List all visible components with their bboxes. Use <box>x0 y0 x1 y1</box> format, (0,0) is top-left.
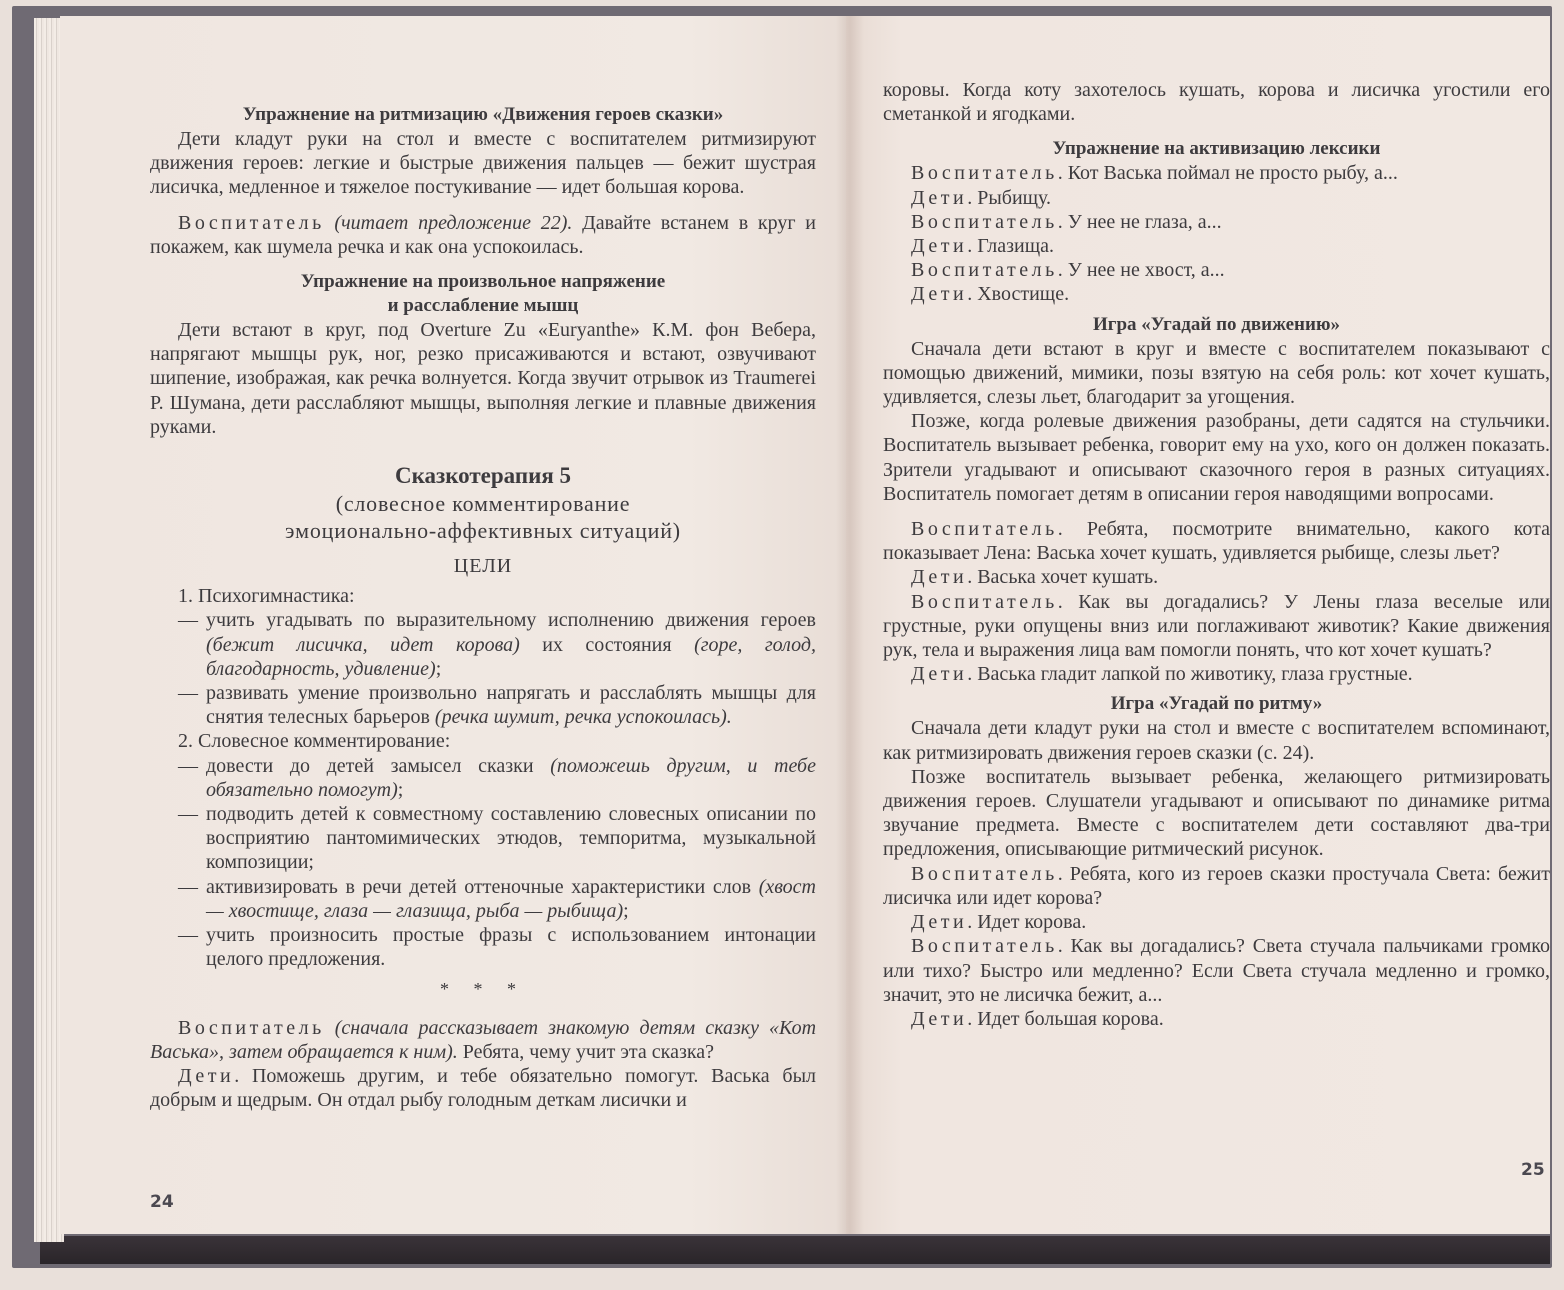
section-heading: Упражнение на произвольное напряжение <box>150 270 816 294</box>
dialogue-line: Дети. Васька гладит лапкой по животику, … <box>883 662 1550 686</box>
dialogue-line: Воспитатель. Ребята, кого из героев сказ… <box>883 862 1550 910</box>
dialogue-line: Воспитатель (читает предложение 22). Дав… <box>150 211 816 259</box>
goal-label: 1. Психогимнастика: <box>150 584 816 608</box>
stage-remark: (читает предложение 22). <box>334 212 572 234</box>
goal-item: —подводить детей к совместному составлен… <box>150 802 816 875</box>
chapter-subtitle: (словесное комментирование <box>150 490 816 517</box>
section-separator: * * * <box>150 977 816 1001</box>
paragraph: Позже, когда ролевые движения разобраны,… <box>883 409 1550 506</box>
dialogue-line: Дети. Васька хочет кушать. <box>883 565 1550 589</box>
book-cover-bottom-edge <box>40 1236 1550 1264</box>
goals-heading: ЦЕЛИ <box>150 554 816 578</box>
section-heading-cont: и расслабление мышц <box>150 294 816 318</box>
chapter-title: Сказкотерапия 5 <box>150 461 816 490</box>
dialogue-line: Дети. Идет большая корова. <box>883 1007 1550 1031</box>
dialogue-line: Воспитатель. У нее не глаза, а... <box>883 210 1550 234</box>
dialogue-line: Дети. Рыбищу. <box>883 186 1550 210</box>
goal-item: —довести до детей замысел сказки (поможе… <box>150 754 816 802</box>
chapter-subtitle-cont: эмоционально-аффективных ситуаций) <box>150 517 816 544</box>
paragraph: Дети встают в круг, под Overture Zu «Eur… <box>150 318 816 439</box>
section-heading: Игра «Угадай по ритму» <box>883 692 1550 716</box>
page-number-left: 24 <box>150 1192 174 1212</box>
goal-item: —учить произносить простые фразы с испол… <box>150 923 816 971</box>
dialogue-line: Воспитатель (сначала рассказывает знаком… <box>150 1016 816 1064</box>
paragraph-continuation: коровы. Когда коту захотелось кушать, ко… <box>883 78 1550 126</box>
book-gutter <box>836 16 864 1234</box>
right-page-text: коровы. Когда коту захотелось кушать, ко… <box>883 78 1550 1031</box>
goal-item: —активизировать в речи детей оттеночные … <box>150 875 816 923</box>
section-heading: Упражнение на ритмизацию «Движения герое… <box>150 103 816 127</box>
goal-item: —учить угадывать по выразительному испол… <box>150 608 816 681</box>
dialogue-line: Воспитатель. Как вы догадались? Света ст… <box>883 934 1550 1007</box>
goal-item: —развивать умение произвольно напрягать … <box>150 681 816 729</box>
paragraph: Сначала дети кладут руки на стол и вмест… <box>883 716 1550 764</box>
goal-label: 2. Словесное комментирование: <box>150 729 816 753</box>
page-number-right: 25 <box>1521 1160 1545 1180</box>
dialogue-line: Воспитатель. Кот Васька поймал не просто… <box>883 161 1550 185</box>
dialogue-line: Дети. Идет корова. <box>883 910 1550 934</box>
dialogue-line: Дети. Поможешь другим, и тебе обязательн… <box>150 1064 816 1112</box>
paragraph: Позже воспитатель вызывает ребенка, жела… <box>883 765 1550 862</box>
dialogue-line: Воспитатель. Ребята, посмотрите внимател… <box>883 517 1550 565</box>
section-heading: Упражнение на активизацию лексики <box>883 137 1550 161</box>
dialogue-line: Дети. Хвостище. <box>883 282 1550 306</box>
dialogue-line: Дети. Глазища. <box>883 234 1550 258</box>
section-heading: Игра «Угадай по движению» <box>883 313 1550 337</box>
dialogue-line: Воспитатель. Как вы догадались? У Лены г… <box>883 590 1550 663</box>
paragraph: Сначала дети встают в круг и вместе с во… <box>883 337 1550 410</box>
left-page-text: Упражнение на ритмизацию «Движения герое… <box>150 103 816 1113</box>
paragraph: Дети кладут руки на стол и вместе с восп… <box>150 127 816 200</box>
speaker: Воспитатель <box>178 212 325 234</box>
dialogue-line: Воспитатель. У нее не хвост, а... <box>883 258 1550 282</box>
